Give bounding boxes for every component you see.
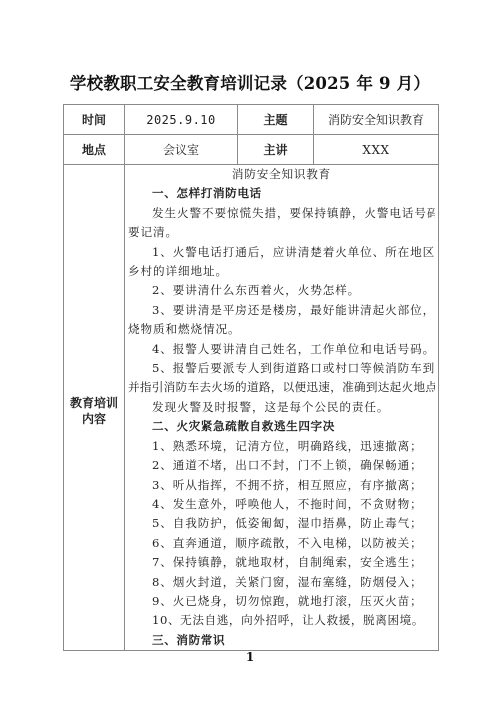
content-body: 消防安全知识教育 一、怎样打消防电话 发生火警不要惊慌失措，要保持镇静，火警电话… bbox=[125, 165, 439, 651]
section2-item: 3、听从指挥，不拥不挤，相互照应，有序撤离； bbox=[128, 476, 435, 495]
document-title: 学校教职工安全教育培训记录（2025 年 9 月） bbox=[0, 70, 500, 94]
section2-item: 9、火已烧身，切勿惊跑，就地打滚，压灭火苗； bbox=[128, 592, 435, 611]
section2-item: 10、无法自逃，向外招呼，让人救援，脱离困境。 bbox=[128, 611, 435, 630]
section2-item: 7、保持镇静，就地取材，自制绳索，安全逃生； bbox=[128, 553, 435, 572]
section1-intro-line2: 要记清。 bbox=[128, 223, 435, 242]
table-row-location-speaker: 地点 会议室 主讲 XXX bbox=[64, 135, 439, 165]
content-heading: 消防安全知识教育 bbox=[128, 165, 435, 184]
speaker-value: XXX bbox=[314, 135, 439, 165]
section1-intro-line1: 发生火警不要惊慌失措，要保持镇静，火警电话号码 119 bbox=[128, 204, 435, 223]
section2-item: 4、发生意外，呼唤他人，不拖时间，不贪财物； bbox=[128, 495, 435, 514]
table-row-time-topic: 时间 2025.9.10 主题 消防安全知识教育 bbox=[64, 105, 439, 135]
section1-item3-line1: 3、要讲清是平房还是楼房，最好能讲清起火部位，燃 bbox=[128, 301, 435, 320]
location-label: 地点 bbox=[64, 135, 125, 165]
section1-item1-line2: 乡村的详细地址。 bbox=[128, 262, 435, 281]
section1-closing: 发现火警及时报警，这是每个公民的责任。 bbox=[128, 398, 435, 417]
section2-item: 6、直奔通道，顺序疏散，不入电梯，以防被关； bbox=[128, 534, 435, 553]
training-record-table: 时间 2025.9.10 主题 消防安全知识教育 地点 会议室 主讲 XXX 教… bbox=[63, 104, 439, 651]
page-number: 1 bbox=[0, 650, 500, 664]
section2-item: 5、自我防护，低姿匍匐，湿巾捂鼻，防止毒气； bbox=[128, 514, 435, 533]
section2-item: 2、通道不堵，出口不封，门不上锁，确保畅通； bbox=[128, 456, 435, 475]
section2-title: 二、火灾紧急疏散自救逃生四字决 bbox=[128, 417, 435, 436]
section3-title: 三、消防常识 bbox=[128, 631, 435, 650]
table-row-content: 教育培训 内容 消防安全知识教育 一、怎样打消防电话 发生火警不要惊慌失措，要保… bbox=[64, 165, 439, 651]
location-value: 会议室 bbox=[125, 135, 238, 165]
section2-item: 1、熟悉环境，记清方位，明确路线，迅速撤离； bbox=[128, 437, 435, 456]
topic-label: 主题 bbox=[238, 105, 314, 135]
section1-item5-line2: 并指引消防车去火场的道路，以便迅速，准确到达起火地点。 bbox=[128, 378, 435, 397]
topic-value: 消防安全知识教育 bbox=[314, 105, 439, 135]
time-label: 时间 bbox=[64, 105, 125, 135]
section1-title: 一、怎样打消防电话 bbox=[128, 184, 435, 203]
section1-item1-line1: 1、火警电话打通后，应讲清楚着火单位、所在地区或 bbox=[128, 243, 435, 262]
section1-item5-line1: 5、报警后要派专人到街道路口或村口等候消防车到达， bbox=[128, 359, 435, 378]
time-value: 2025.9.10 bbox=[125, 105, 238, 135]
section1-item2: 2、要讲清什么东西着火，火势怎样。 bbox=[128, 281, 435, 300]
section1-item4: 4、报警人要讲清自己姓名，工作单位和电话号码。 bbox=[128, 340, 435, 359]
section2-item: 8、烟火封道，关紧门窗，湿布塞缝，防烟侵入； bbox=[128, 573, 435, 592]
content-label-line2: 内容 bbox=[64, 411, 124, 427]
speaker-label: 主讲 bbox=[238, 135, 314, 165]
section1-item3-line2: 烧物质和燃烧情况。 bbox=[128, 320, 435, 339]
content-label-line1: 教育培训 bbox=[64, 395, 124, 411]
content-label: 教育培训 内容 bbox=[64, 165, 125, 651]
